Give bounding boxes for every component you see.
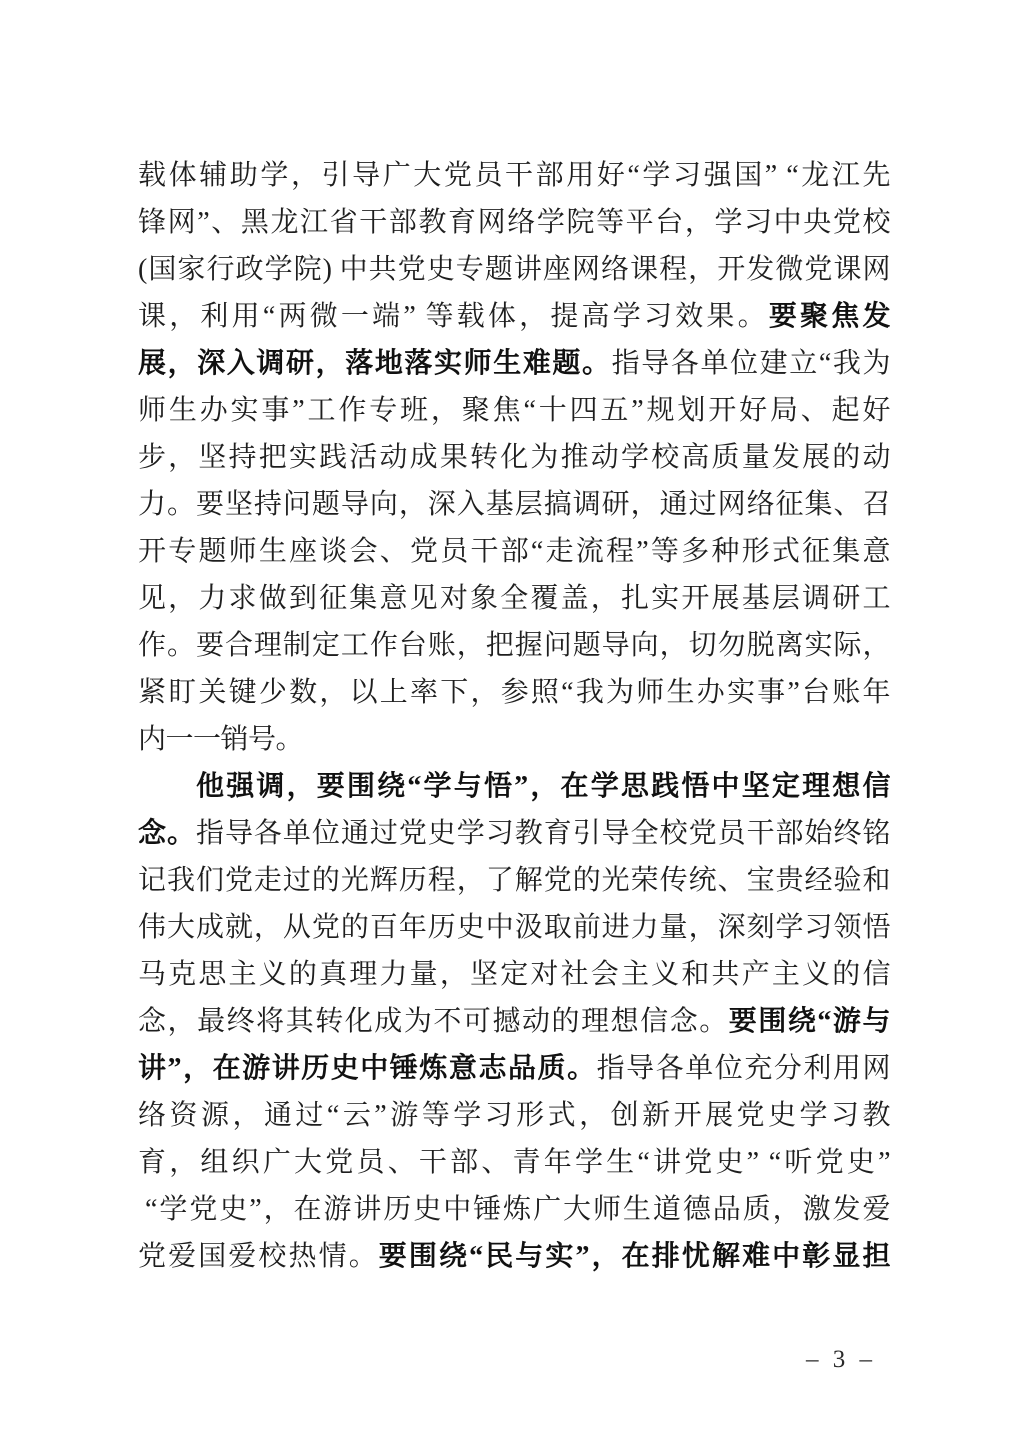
text-line: 伟大成就，从党的百年历史中汲取前进力量，深刻学习领悟 bbox=[138, 904, 890, 951]
text-line: (国家行政学院) 中共党史专题讲座网络课程，开发微党课网 bbox=[138, 246, 890, 293]
bold-segment: 要聚焦发 bbox=[769, 301, 890, 332]
text-segment: 锋网”、黑龙江省干部教育网络学院等平台，学习中央党校 bbox=[138, 207, 890, 238]
text-segment: 指导各单位通过党史学习教育引导全校党员干部始终铭 bbox=[196, 818, 890, 849]
text-segment: 育，组织广大党员、干部、青年学生“讲党史” “听党史” bbox=[138, 1147, 890, 1178]
text-line: 络资源，通过“云”游等学习形式，创新开展党史学习教 bbox=[138, 1092, 890, 1139]
text-line: 念。指导各单位通过党史学习教育引导全校党员干部始终铭 bbox=[138, 810, 890, 857]
document-body: 载体辅助学，引导广大党员干部用好“学习强国” “龙江先锋网”、黑龙江省干部教育网… bbox=[138, 152, 890, 1280]
text-segment: 课，利用“两微一端” 等载体，提高学习效果。 bbox=[138, 301, 769, 332]
text-segment: 师生办实事”工作专班，聚焦“十四五”规划开好局、起好 bbox=[138, 395, 890, 426]
text-line: 载体辅助学，引导广大党员干部用好“学习强国” “龙江先 bbox=[138, 152, 890, 199]
text-segment: 党爱国爱校热情。 bbox=[138, 1241, 379, 1272]
bold-segment: 他强调，要围绕“学与悟”，在学思践悟中坚定理想信 bbox=[196, 771, 890, 802]
text-segment: 内一一销号。 bbox=[138, 724, 303, 755]
text-segment: 见，力求做到征集意见对象全覆盖，扎实开展基层调研工 bbox=[138, 583, 890, 614]
text-segment: 力。要坚持问题导向，深入基层搞调研，通过网络征集、召 bbox=[138, 489, 890, 520]
text-line: 育，组织广大党员、干部、青年学生“讲党史” “听党史” bbox=[138, 1139, 890, 1186]
text-line: 紧盯关键少数，以上率下，参照“我为师生办实事”台账年 bbox=[138, 669, 890, 716]
text-line: 内一一销号。 bbox=[138, 716, 890, 763]
text-line: 课，利用“两微一端” 等载体，提高学习效果。要聚焦发 bbox=[138, 293, 890, 340]
text-line: 见，力求做到征集意见对象全覆盖，扎实开展基层调研工 bbox=[138, 575, 890, 622]
text-line: 记我们党走过的光辉历程，了解党的光荣传统、宝贵经验和 bbox=[138, 857, 890, 904]
text-line: 力。要坚持问题导向，深入基层搞调研，通过网络征集、召 bbox=[138, 481, 890, 528]
text-segment: 指导各单位建立“我为 bbox=[612, 348, 890, 379]
bold-segment: 念。 bbox=[138, 818, 196, 849]
paragraph-continuation: 载体辅助学，引导广大党员干部用好“学习强国” “龙江先锋网”、黑龙江省干部教育网… bbox=[138, 152, 890, 763]
text-segment: 伟大成就，从党的百年历史中汲取前进力量，深刻学习领悟 bbox=[138, 912, 890, 943]
text-line: 讲”，在游讲历史中锤炼意志品质。指导各单位充分利用网 bbox=[138, 1045, 890, 1092]
text-line: “学党史”，在游讲历史中锤炼广大师生道德品质，激发爱 bbox=[138, 1186, 890, 1233]
text-segment: 马克思主义的真理力量，坚定对社会主义和共产主义的信 bbox=[138, 959, 890, 990]
bold-segment: 要围绕“游与 bbox=[729, 1006, 890, 1037]
text-line: 党爱国爱校热情。要围绕“民与实”，在排忧解难中彰显担 bbox=[138, 1233, 890, 1280]
text-line: 师生办实事”工作专班，聚焦“十四五”规划开好局、起好 bbox=[138, 387, 890, 434]
text-segment: 念，最终将其转化成为不可撼动的理想信念。 bbox=[138, 1006, 729, 1037]
text-segment: 络资源，通过“云”游等学习形式，创新开展党史学习教 bbox=[138, 1100, 890, 1131]
text-line: 锋网”、黑龙江省干部教育网络学院等平台，学习中央党校 bbox=[138, 199, 890, 246]
text-segment: 作。要合理制定工作台账，把握问题导向，切勿脱离实际， bbox=[138, 630, 890, 661]
text-segment: 记我们党走过的光辉历程，了解党的光荣传统、宝贵经验和 bbox=[138, 865, 890, 896]
text-line: 念，最终将其转化成为不可撼动的理想信念。要围绕“游与 bbox=[138, 998, 890, 1045]
text-line: 展，深入调研，落地落实师生难题。指导各单位建立“我为 bbox=[138, 340, 890, 387]
bold-segment: 要围绕“民与实”，在排忧解难中彰显担 bbox=[379, 1241, 890, 1272]
paragraph-emphasis: 他强调，要围绕“学与悟”，在学思践悟中坚定理想信念。指导各单位通过党史学习教育引… bbox=[138, 763, 890, 1280]
text-line: 马克思主义的真理力量，坚定对社会主义和共产主义的信 bbox=[138, 951, 890, 998]
text-segment: “学党史”，在游讲历史中锤炼广大师生道德品质，激发爱 bbox=[145, 1194, 890, 1225]
text-segment: 开专题师生座谈会、党员干部“走流程”等多种形式征集意 bbox=[138, 536, 890, 567]
text-line: 作。要合理制定工作台账，把握问题导向，切勿脱离实际， bbox=[138, 622, 890, 669]
text-line: 他强调，要围绕“学与悟”，在学思践悟中坚定理想信 bbox=[138, 763, 890, 810]
bold-segment: 讲”，在游讲历史中锤炼意志品质。 bbox=[138, 1053, 597, 1084]
text-line: 开专题师生座谈会、党员干部“走流程”等多种形式征集意 bbox=[138, 528, 890, 575]
text-segment: 载体辅助学，引导广大党员干部用好“学习强国” “龙江先 bbox=[138, 160, 890, 191]
bold-segment: 展，深入调研，落地落实师生难题。 bbox=[138, 348, 612, 379]
text-line: 步，坚持把实践活动成果转化为推动学校高质量发展的动 bbox=[138, 434, 890, 481]
document-page: 载体辅助学，引导广大党员干部用好“学习强国” “龙江先锋网”、黑龙江省干部教育网… bbox=[0, 0, 1024, 1448]
text-segment: (国家行政学院) 中共党史专题讲座网络课程，开发微党课网 bbox=[138, 254, 890, 285]
text-segment: 步，坚持把实践活动成果转化为推动学校高质量发展的动 bbox=[138, 442, 890, 473]
text-segment: 紧盯关键少数，以上率下，参照“我为师生办实事”台账年 bbox=[138, 677, 890, 708]
page-number: – 3 – bbox=[806, 1346, 876, 1374]
text-segment: 指导各单位充分利用网 bbox=[597, 1053, 890, 1084]
